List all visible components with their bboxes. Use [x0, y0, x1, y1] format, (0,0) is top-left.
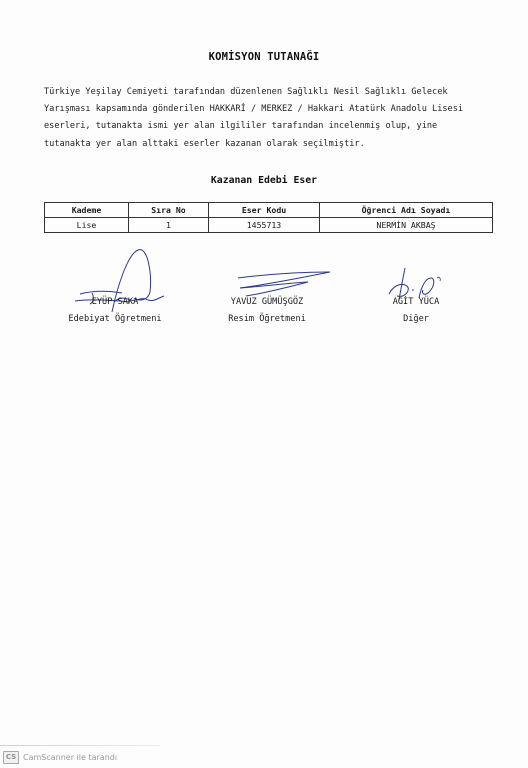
footer-divider — [0, 745, 160, 746]
signatory-name: AGİT YÜCA — [341, 294, 491, 311]
cell-sira-no: 1 — [129, 218, 209, 233]
signatory-3: AGİT YÜCA Diğer — [341, 294, 491, 328]
signatory-1: EYÜP SAKA Edebiyat Öğretmeni — [40, 294, 190, 328]
header-kademe: Kademe — [45, 203, 129, 218]
winners-table: Kademe Sıra No Eser Kodu Öğrenci Adı Soy… — [44, 202, 493, 233]
signatory-name: YAVUZ GÜMÜŞGÖZ — [192, 294, 342, 311]
header-sira-no: Sıra No — [129, 203, 209, 218]
cell-ogrenci-adi: NERMİN AKBAŞ — [320, 218, 493, 233]
signatory-name: EYÜP SAKA — [40, 294, 190, 311]
signatory-role: Diğer — [341, 311, 491, 328]
signatory-role: Resim Öğretmeni — [192, 311, 342, 328]
table-row: Lise 1 1455713 NERMİN AKBAŞ — [45, 218, 493, 233]
section-title: Kazanan Edebi Eser — [0, 175, 528, 186]
header-ogrenci-adi: Öğrenci Adı Soyadı — [320, 203, 493, 218]
intro-paragraph: Türkiye Yeşilay Cemiyeti tarafından düze… — [44, 84, 504, 153]
header-eser-kodu: Eser Kodu — [209, 203, 320, 218]
scanner-watermark: CS CamScanner ile tarandı — [3, 751, 117, 764]
cell-eser-kodu: 1455713 — [209, 218, 320, 233]
page-title: KOMİSYON TUTANAĞI — [0, 51, 528, 63]
signatory-2: YAVUZ GÜMÜŞGÖZ Resim Öğretmeni — [192, 294, 342, 328]
scanner-label: CamScanner ile tarandı — [23, 753, 117, 762]
scanned-page: KOMİSYON TUTANAĞI Türkiye Yeşilay Cemiye… — [0, 0, 528, 768]
camscanner-logo-icon: CS — [3, 751, 19, 764]
signatory-role: Edebiyat Öğretmeni — [40, 311, 190, 328]
cell-kademe: Lise — [45, 218, 129, 233]
table-header-row: Kademe Sıra No Eser Kodu Öğrenci Adı Soy… — [45, 203, 493, 218]
